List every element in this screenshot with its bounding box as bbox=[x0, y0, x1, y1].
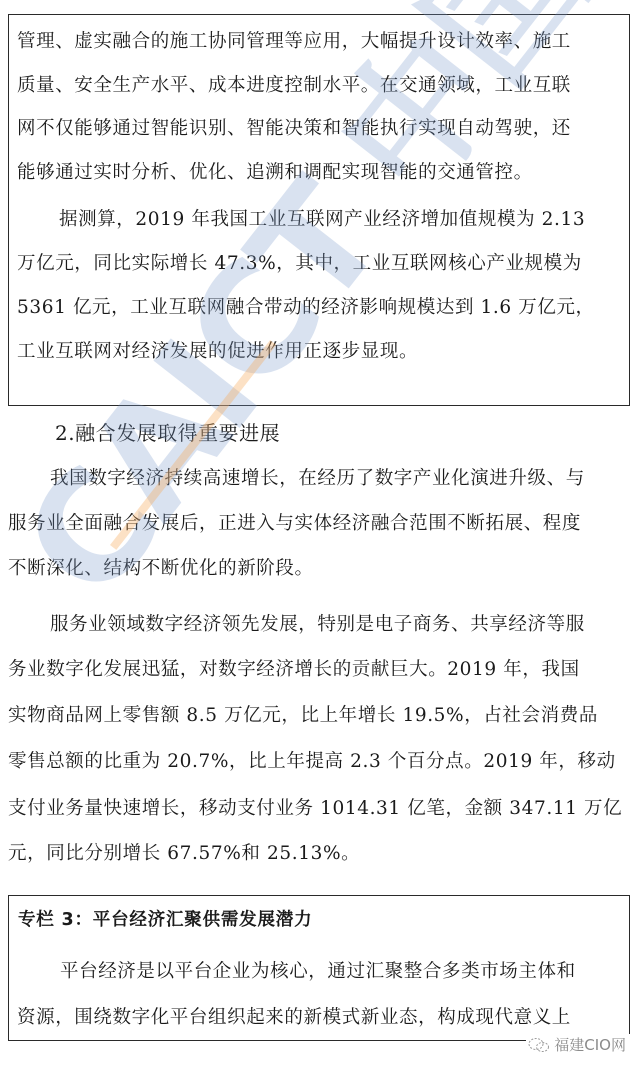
para1-line-3: 不断深化、结构不断优化的新阶段。 bbox=[8, 557, 314, 581]
box1-line-8: 工业互联网对经济发展的促进作用正逐步显现。 bbox=[17, 340, 418, 364]
box1-line-2: 质量、安全生产水平、成本进度控制水平。在交通领域，工业互联 bbox=[17, 74, 571, 98]
box1-line-1: 管理、虚实融合的施工协同管理等应用，大幅提升设计效率、施工 bbox=[17, 30, 571, 54]
para2-line-6: 元，同比分别增长 67.57%和 25.13%。 bbox=[8, 842, 360, 866]
box1-line-5: 据测算，2019 年我国工业互联网产业经济增加值规模为 2.13 bbox=[59, 208, 585, 232]
source-watermark: 福建CIO网 bbox=[526, 1034, 630, 1055]
source-label: 福建CIO网 bbox=[554, 1034, 626, 1055]
para2-line-1: 服务业领域数字经济领先发展，特别是电子商务、共享经济等服 bbox=[50, 613, 585, 637]
wechat-icon bbox=[528, 1037, 550, 1053]
para2-line-3: 实物商品网上零售额 8.5 万亿元，比上年增长 19.5%，占社会消费品 bbox=[8, 704, 598, 728]
para1-line-1: 我国数字经济持续高速增长，在经历了数字产业化演进升级、与 bbox=[50, 467, 585, 491]
para1-line-2: 服务业全面融合发展后，正进入与实体经济融合范围不断拓展、程度 bbox=[8, 512, 581, 536]
para2-line-4: 零售总额的比重为 20.7%，比上年提高 2.3 个百分点。2019 年，移动 bbox=[8, 750, 616, 774]
box2-line-1: 平台经济是以平台企业为核心，通过汇聚整合多类市场主体和 bbox=[60, 960, 576, 984]
box1-line-6: 万亿元，同比实际增长 47.3%，其中，工业互联网核心产业规模为 bbox=[17, 252, 582, 276]
box1-line-3: 网不仅能够通过智能识别、智能决策和智能执行实现自动驾驶，还 bbox=[17, 117, 571, 141]
document-page: 管理、虚实融合的施工协同管理等应用，大幅提升设计效率、施工 质量、安全生产水平、… bbox=[0, 0, 640, 1072]
box2-line-2: 资源，围绕数字化平台组织起来的新模式新业态，构成现代意义上 bbox=[17, 1006, 571, 1030]
box1-line-7: 5361 亿元，工业互联网融合带动的经济影响规模达到 1.6 万亿元， bbox=[17, 296, 595, 320]
para2-line-5: 支付业务量快速增长，移动支付业务 1014.31 亿笔，金额 347.11 万亿 bbox=[8, 797, 622, 821]
box1-line-4: 能够通过实时分析、优化、追溯和调配实现智能的交通管控。 bbox=[17, 161, 533, 185]
box2-title: 专栏 3：平台经济汇聚供需发展潜力 bbox=[18, 906, 312, 931]
para2-line-2: 务业数字化发展迅猛，对数字经济增长的贡献巨大。2019 年，我国 bbox=[8, 658, 580, 682]
section-heading: 2.融合发展取得重要进展 bbox=[55, 420, 280, 446]
